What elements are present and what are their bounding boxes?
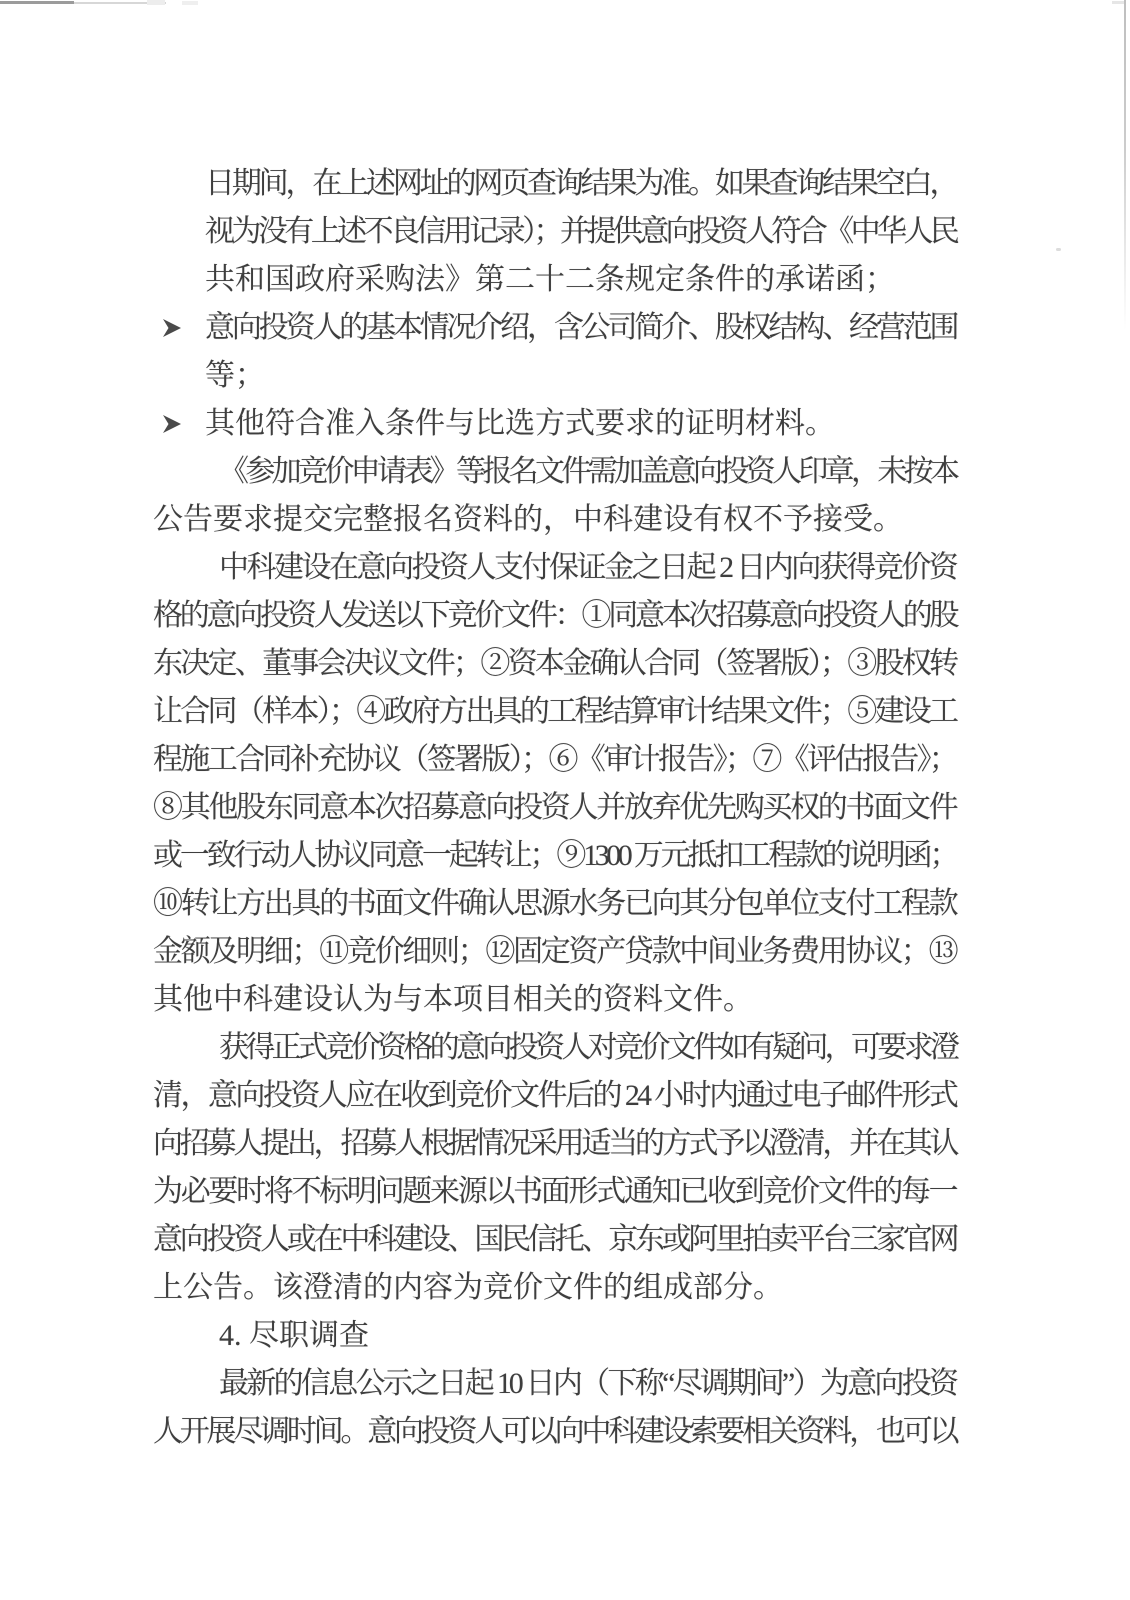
text-line: 意向投资人或在中科建设、国民信托、京东或阿里拍卖平台三家官网: [153, 1216, 956, 1264]
text-line: 中科建设在意向投资人支付保证金之日起 2 日内向获得竞价资: [153, 544, 956, 592]
scan-artifact-smudge: [147, 0, 165, 5]
paragraph: 中科建设在意向投资人支付保证金之日起 2 日内向获得竞价资格的意向投资人发送以下…: [153, 544, 956, 1024]
scan-artifact-right-edge-line: [1124, 0, 1126, 330]
paragraph: 获得正式竞价资格的意向投资人对竞价文件如有疑问，可要求澄清，意向投资人应在收到竞…: [153, 1024, 956, 1312]
text-line: 公告要求提交完整报名资料的，中科建设有权不予接受。: [153, 496, 956, 544]
arrow-bullet-icon: [161, 317, 183, 339]
text-line: 等；: [153, 352, 956, 400]
scan-artifact-speck: [1056, 248, 1061, 251]
text-line: 共和国政府采购法》第二十二条规定条件的承诺函；: [153, 256, 956, 304]
text-line: 或一致行动人协议同意一起转让；⑨1300 万元抵扣工程款的说明函；: [153, 832, 956, 880]
arrow-bullet-icon: [161, 413, 183, 435]
text-line: 格的意向投资人发送以下竞价文件：①同意本次招募意向投资人的股: [153, 592, 956, 640]
text-line: 上公告。该澄清的内容为竞价文件的组成部分。: [153, 1264, 956, 1312]
text-line: 人开展尽调时间。意向投资人可以向中科建设索要相关资料，也可以: [153, 1408, 956, 1456]
scan-artifact-smudge: [182, 1, 198, 5]
bullet-item: 其他符合准入条件与比选方式要求的证明材料。: [153, 400, 956, 448]
text-line: ⑩转让方出具的书面文件确认思源水务已向其分包单位支付工程款: [153, 880, 956, 928]
scan-artifact-top-left-tail: [74, 2, 166, 4]
text-line: 向招募人提出，招募人根据情况采用适当的方式予以澄清，并在其认: [153, 1120, 956, 1168]
text-line: 清，意向投资人应在收到竞价文件后的 24 小时内通过电子邮件形式: [153, 1072, 956, 1120]
paragraph: 最新的信息公示之日起 10 日内（下称“尽调期间”）为意向投资人开展尽调时间。意…: [153, 1360, 956, 1456]
paragraph: 4. 尽职调查: [153, 1312, 956, 1360]
text-line: 日期间，在上述网址的网页查询结果为准。如果查询结果空白，: [153, 160, 956, 208]
text-line: 东决定、董事会决议文件；②资本金确认合同（签署版）；③股权转: [153, 640, 956, 688]
bullet-item: 意向投资人的基本情况介绍，含公司简介、股权结构、经营范围等；: [153, 304, 956, 400]
text-line: 获得正式竞价资格的意向投资人对竞价文件如有疑问，可要求澄: [153, 1024, 956, 1072]
text-line: 其他中科建设认为与本项目相关的资料文件。: [153, 976, 956, 1024]
scan-artifact-top-left: [0, 1, 74, 4]
text-line: 程施工合同补充协议（签署版）；⑥《审计报告》；⑦《评估报告》；: [153, 736, 956, 784]
text-line: 让合同（样本）；④政府方出具的工程结算审计结果文件；⑤建设工: [153, 688, 956, 736]
text-line: 意向投资人的基本情况介绍，含公司简介、股权结构、经营范围: [153, 304, 956, 352]
document-content: 日期间，在上述网址的网页查询结果为准。如果查询结果空白，视为没有上述不良信用记录…: [153, 160, 956, 1456]
text-line: 4. 尽职调查: [153, 1312, 956, 1360]
text-line: 其他符合准入条件与比选方式要求的证明材料。: [153, 400, 956, 448]
text-line: 金额及明细；⑪竞价细则；⑫固定资产贷款中间业务费用协议；⑬: [153, 928, 956, 976]
text-line: 最新的信息公示之日起 10 日内（下称“尽调期间”）为意向投资: [153, 1360, 956, 1408]
scan-artifact-top-right: [1112, 1, 1124, 4]
document-page: 日期间，在上述网址的网页查询结果为准。如果查询结果空白，视为没有上述不良信用记录…: [0, 0, 1130, 1600]
text-line: 《参加竞价申请表》等报名文件需加盖意向投资人印章，未按本: [153, 448, 956, 496]
text-line: 视为没有上述不良信用记录）；并提供意向投资人符合《中华人民: [153, 208, 956, 256]
text-line: 为必要时将不标明问题来源以书面形式通知已收到竞价文件的每一: [153, 1168, 956, 1216]
continuation-paragraph: 日期间，在上述网址的网页查询结果为准。如果查询结果空白，视为没有上述不良信用记录…: [153, 160, 956, 304]
text-line: ⑧其他股东同意本次招募意向投资人并放弃优先购买权的书面文件: [153, 784, 956, 832]
paragraph: 《参加竞价申请表》等报名文件需加盖意向投资人印章，未按本公告要求提交完整报名资料…: [153, 448, 956, 544]
